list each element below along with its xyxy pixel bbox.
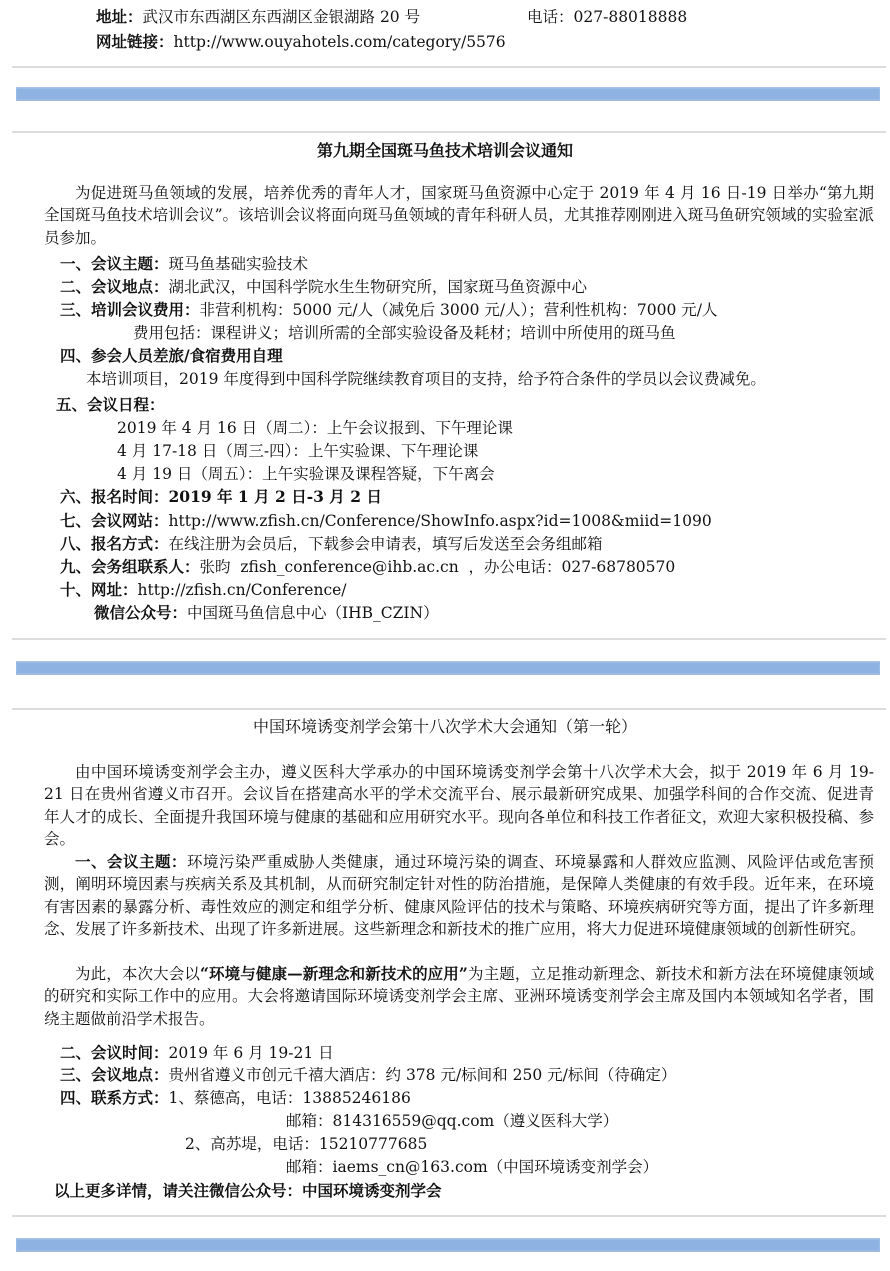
zfish-url-link[interactable]: http://zfish.cn/Conference/ [138,581,347,599]
notice2-theme-statement: 为此，本次大会以“环境与健康—新理念和新技术的应用”为主题，立足推动新理念、新技… [44,963,874,1030]
address-label: 地址： [96,7,143,26]
schedule-day2-3: 4 月 17-18 日（周三-四）：上午实验课、下午理论课 [117,440,478,462]
contact-value[interactable]: 张昀 zfish_conference@ihb.ac.cn ，办公电话：027-… [200,558,676,576]
notice2-item-contact: 四、联系方式：1、蔡德高，电话：13885246186 [60,1087,411,1109]
divider [12,131,886,133]
theme-highlight: “环境与健康—新理念和新技术的应用” [200,964,468,983]
notice2-item-time: 二、会议时间：2019 年 6 月 19-21 日 [60,1042,334,1064]
notice1-item-theme: 一、会议主题：斑马鱼基础实验技术 [60,253,308,275]
schedule-day4: 4 月 19 日（周五）：上午实验课及课程答疑，下午离会 [117,463,495,485]
phone-label: 电话： [527,8,574,26]
contact2-name: 2、高苏堤，电话：15210777685 [185,1133,427,1155]
section-separator-bar [16,1238,880,1252]
notice1-item-fee: 三、培训会议费用：非营利机构：5000 元/人（减免后 3000 元/人）；营利… [60,299,717,321]
notice2-footer: 以上更多详情，请关注微信公众号：中国环境诱变剂学会 [54,1180,442,1202]
hotel-address-line: 地址：武汉市东西湖区东西湖区金银湖路 20 号 [96,6,420,28]
notice1-item-contact: 九、会务组联系人：张昀 zfish_conference@ihb.ac.cn ，… [60,556,675,578]
notice1-item-location: 二、会议地点：湖北武汉，中国科学院水生生物研究所，国家斑马鱼资源中心 [60,276,587,298]
schedule-day1: 2019 年 4 月 16 日（周二）：上午会议报到、下午理论课 [117,417,513,439]
url-label: 网址链接： [96,32,174,51]
notice1-subsidy-note: 本培训项目，2019 年度得到中国科学院继续教育项目的支持，给予符合条件的学员以… [86,368,766,390]
contact2-email: 邮箱：iaems_cn@163.com（中国环境诱变剂学会） [286,1156,658,1178]
notice2-theme: 一、会议主题：环境污染严重威胁人类健康，通过环境污染的调查、环境暴露和人群效应监… [44,851,874,940]
divider [12,66,886,68]
notice1-wechat: 微信公众号：中国斑马鱼信息中心（IHB_CZIN） [94,602,439,624]
divider [12,708,886,710]
notice1-item-website: 七、会议网站：http://www.zfish.cn/Conference/Sh… [60,510,712,532]
hotel-phone-line: 电话：027-88018888 [527,6,687,28]
divider [12,1215,886,1217]
phone-value: 027-88018888 [574,8,688,26]
divider [12,638,886,640]
notice2-title: 中国环境诱变剂学会第十八次学术大会通知（第一轮） [0,714,890,737]
notice1-title: 第九期全国斑马鱼技术培训会议通知 [0,138,890,161]
notice1-item-registration-method: 八、报名方式：在线注册为会员后，下载参会申请表，填写后发送至会务组邮箱 [60,533,603,555]
notice1-item-travel: 四、参会人员差旅/食宿费用自理 [60,345,283,367]
notice2-intro: 由中国环境诱变剂学会主办，遵义医科大学承办的中国环境诱变剂学会第十八次学术大会，… [44,761,874,850]
section-separator-bar [16,661,880,675]
notice1-item-url: 十、网址：http://zfish.cn/Conference/ [60,579,347,601]
hotel-url-line: 网址链接：http://www.ouyahotels.com/category/… [96,31,506,53]
notice1-fee-includes: 费用包括：课程讲义；培训所需的全部实验设备及耗材；培训中所使用的斑马鱼 [133,322,676,344]
notice1-item-registration-time: 六、报名时间：2019 年 1 月 2 日-3 月 2 日 [60,486,382,508]
contact1-email: 邮箱：814316559@qq.com（遵义医科大学） [286,1110,618,1132]
notice1-item-schedule: 五、会议日程： [56,394,165,416]
address-value: 武汉市东西湖区东西湖区金银湖路 20 号 [143,8,421,26]
notice2-item-venue: 三、会议地点：贵州省遵义市创元千禧大酒店：约 378 元/标间和 250 元/标… [60,1064,676,1086]
url-link[interactable]: http://www.ouyahotels.com/category/5576 [174,33,506,51]
section-separator-bar [16,87,880,101]
notice1-intro: 为促进斑马鱼领域的发展，培养优秀的青年人才，国家斑马鱼资源中心定于 2019 年… [44,182,874,249]
conference-website-link[interactable]: http://www.zfish.cn/Conference/ShowInfo.… [169,512,712,530]
